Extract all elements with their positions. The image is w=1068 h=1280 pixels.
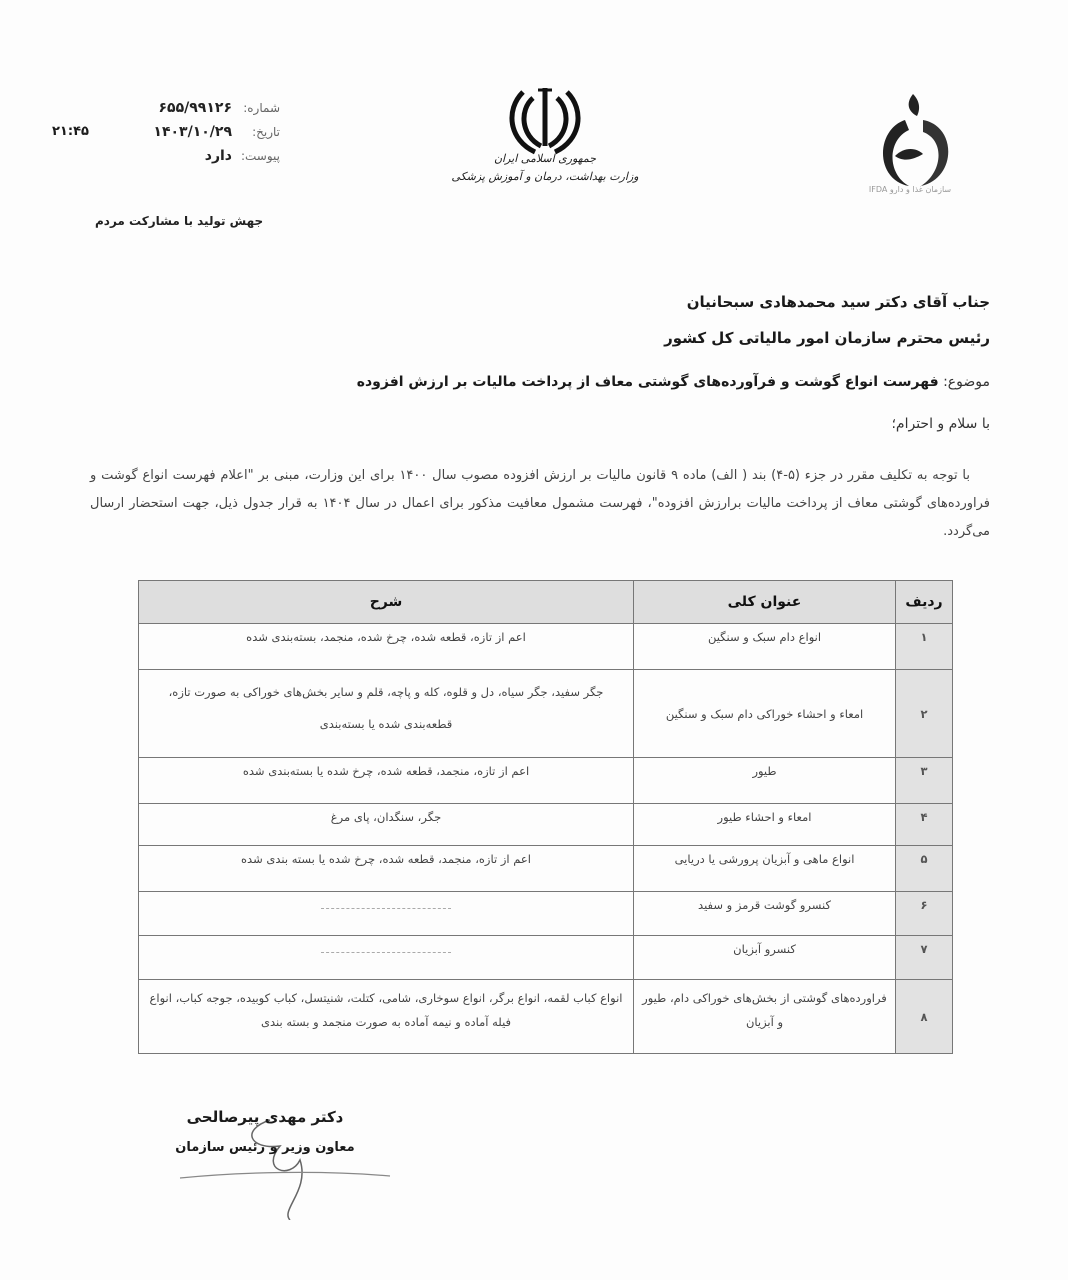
- greeting: با سلام و احترام؛: [891, 416, 990, 432]
- row-description: جگر، سنگدان، پای مرغ: [139, 804, 634, 846]
- attachment-value: دارد: [205, 148, 232, 164]
- row-title: انواع ماهی و آبزیان پرورشی یا دریایی: [634, 846, 896, 892]
- row-number: ۲: [896, 670, 953, 758]
- exemption-table: ردیف عنوان کلی شرح ۱ انواع دام سبک و سنگ…: [138, 580, 953, 1054]
- table-row: ۱ انواع دام سبک و سنگین اعم از تازه، قطع…: [139, 624, 953, 670]
- row-title: طیور: [634, 758, 896, 804]
- row-title: کنسرو گوشت قرمز و سفید: [634, 892, 896, 936]
- table-row: ۶ کنسرو گوشت قرمز و سفید: [139, 892, 953, 936]
- signatory-role: معاون وزیر و رئیس سازمان: [165, 1140, 365, 1155]
- row-title: کنسرو آبزیان: [634, 936, 896, 980]
- ministry-name: جمهوری اسلامی ایران وزارت بهداشت، درمان …: [440, 150, 650, 186]
- row-number: ۵: [896, 846, 953, 892]
- emblem-line-1: جمهوری اسلامی ایران: [440, 150, 650, 168]
- row-title: فراورده‌های گوشتی از بخش‌های خوراکی دام،…: [634, 980, 896, 1054]
- subject: موضوع: فهرست انواع گوشت و فرآورده‌های گو…: [357, 374, 990, 390]
- table-header-row: ردیف عنوان کلی شرح: [139, 581, 953, 624]
- number-label: شماره:: [240, 101, 280, 115]
- table-row: ۳ طیور اعم از تازه، منجمد، قطعه شده، چرخ…: [139, 758, 953, 804]
- table-row: ۸ فراورده‌های گوشتی از بخش‌های خوراکی دا…: [139, 980, 953, 1054]
- signatory-name: دکتر مهدی پیرصالحی: [175, 1108, 355, 1126]
- row-number: ۳: [896, 758, 953, 804]
- empty-dash: [321, 952, 451, 953]
- time-value: ۲۱:۴۵: [52, 124, 89, 139]
- fda-caption: سازمان غذا و دارو IFDA: [850, 185, 970, 194]
- date-value: ۱۴۰۳/۱۰/۲۹: [153, 124, 232, 140]
- row-title: امعاء و احشاء طیور: [634, 804, 896, 846]
- table-row: ۴ امعاء و احشاء طیور جگر، سنگدان، پای مر…: [139, 804, 953, 846]
- subject-label: موضوع:: [943, 374, 990, 390]
- letter-number-row: شماره: ۶۵۵/۹۹۱۲۶: [40, 100, 280, 124]
- row-number: ۸: [896, 980, 953, 1054]
- row-number: ۴: [896, 804, 953, 846]
- row-description: اعم از تازه، منجمد، قطعه شده، چرخ شده یا…: [139, 758, 634, 804]
- addressee-title: رئیس محترم سازمان امور مالیاتی کل کشور: [664, 320, 990, 356]
- letter-body: با توجه به تکلیف مقرر در جزء (۵-۴) بند (…: [90, 462, 990, 546]
- row-description: جگر سفید، جگر سیاه، دل و قلوه، کله و پاچ…: [139, 670, 634, 758]
- addressee: جناب آقای دکتر سید محمدهادی سبحانیان رئی…: [664, 284, 990, 356]
- fda-logo-icon: [865, 90, 965, 200]
- row-title: امعاء و احشاء خوراکی دام سبک و سنگین: [634, 670, 896, 758]
- letter-meta: شماره: ۶۵۵/۹۹۱۲۶ تاریخ: ۱۴۰۳/۱۰/۲۹ ۲۱:۴۵…: [40, 100, 280, 172]
- table-row: ۵ انواع ماهی و آبزیان پرورشی یا دریایی ا…: [139, 846, 953, 892]
- table-row: ۷ کنسرو آبزیان: [139, 936, 953, 980]
- header-title: عنوان کلی: [634, 581, 896, 624]
- row-description: اعم از تازه، منجمد، قطعه شده، چرخ شده یا…: [139, 846, 634, 892]
- row-description: اعم از تازه، قطعه شده، چرخ شده، منجمد، ب…: [139, 624, 634, 670]
- emblem-line-2: وزارت بهداشت، درمان و آموزش پزشکی: [440, 168, 650, 186]
- iran-emblem-icon: [505, 80, 585, 160]
- subject-text: فهرست انواع گوشت و فرآورده‌های گوشتی معا…: [357, 374, 939, 390]
- row-description: انواع کباب لقمه، انواع برگر، انواع سوخار…: [139, 980, 634, 1054]
- row-title: انواع دام سبک و سنگین: [634, 624, 896, 670]
- slogan: جهش تولید با مشارکت مردم: [95, 214, 263, 228]
- row-number: ۷: [896, 936, 953, 980]
- table-row: ۲ امعاء و احشاء خوراکی دام سبک و سنگین ج…: [139, 670, 953, 758]
- header-row-number: ردیف: [896, 581, 953, 624]
- row-number: ۶: [896, 892, 953, 936]
- attachment-row: پیوست: دارد: [40, 148, 280, 172]
- attachment-label: پیوست:: [240, 149, 280, 163]
- row-description: [139, 892, 634, 936]
- header-description: شرح: [139, 581, 634, 624]
- date-label: تاریخ:: [240, 125, 280, 139]
- row-number: ۱: [896, 624, 953, 670]
- empty-dash: [321, 908, 451, 909]
- addressee-name: جناب آقای دکتر سید محمدهادی سبحانیان: [664, 284, 990, 320]
- number-value: ۶۵۵/۹۹۱۲۶: [159, 100, 232, 116]
- letter-date-row: تاریخ: ۱۴۰۳/۱۰/۲۹ ۲۱:۴۵: [40, 124, 280, 148]
- row-description: [139, 936, 634, 980]
